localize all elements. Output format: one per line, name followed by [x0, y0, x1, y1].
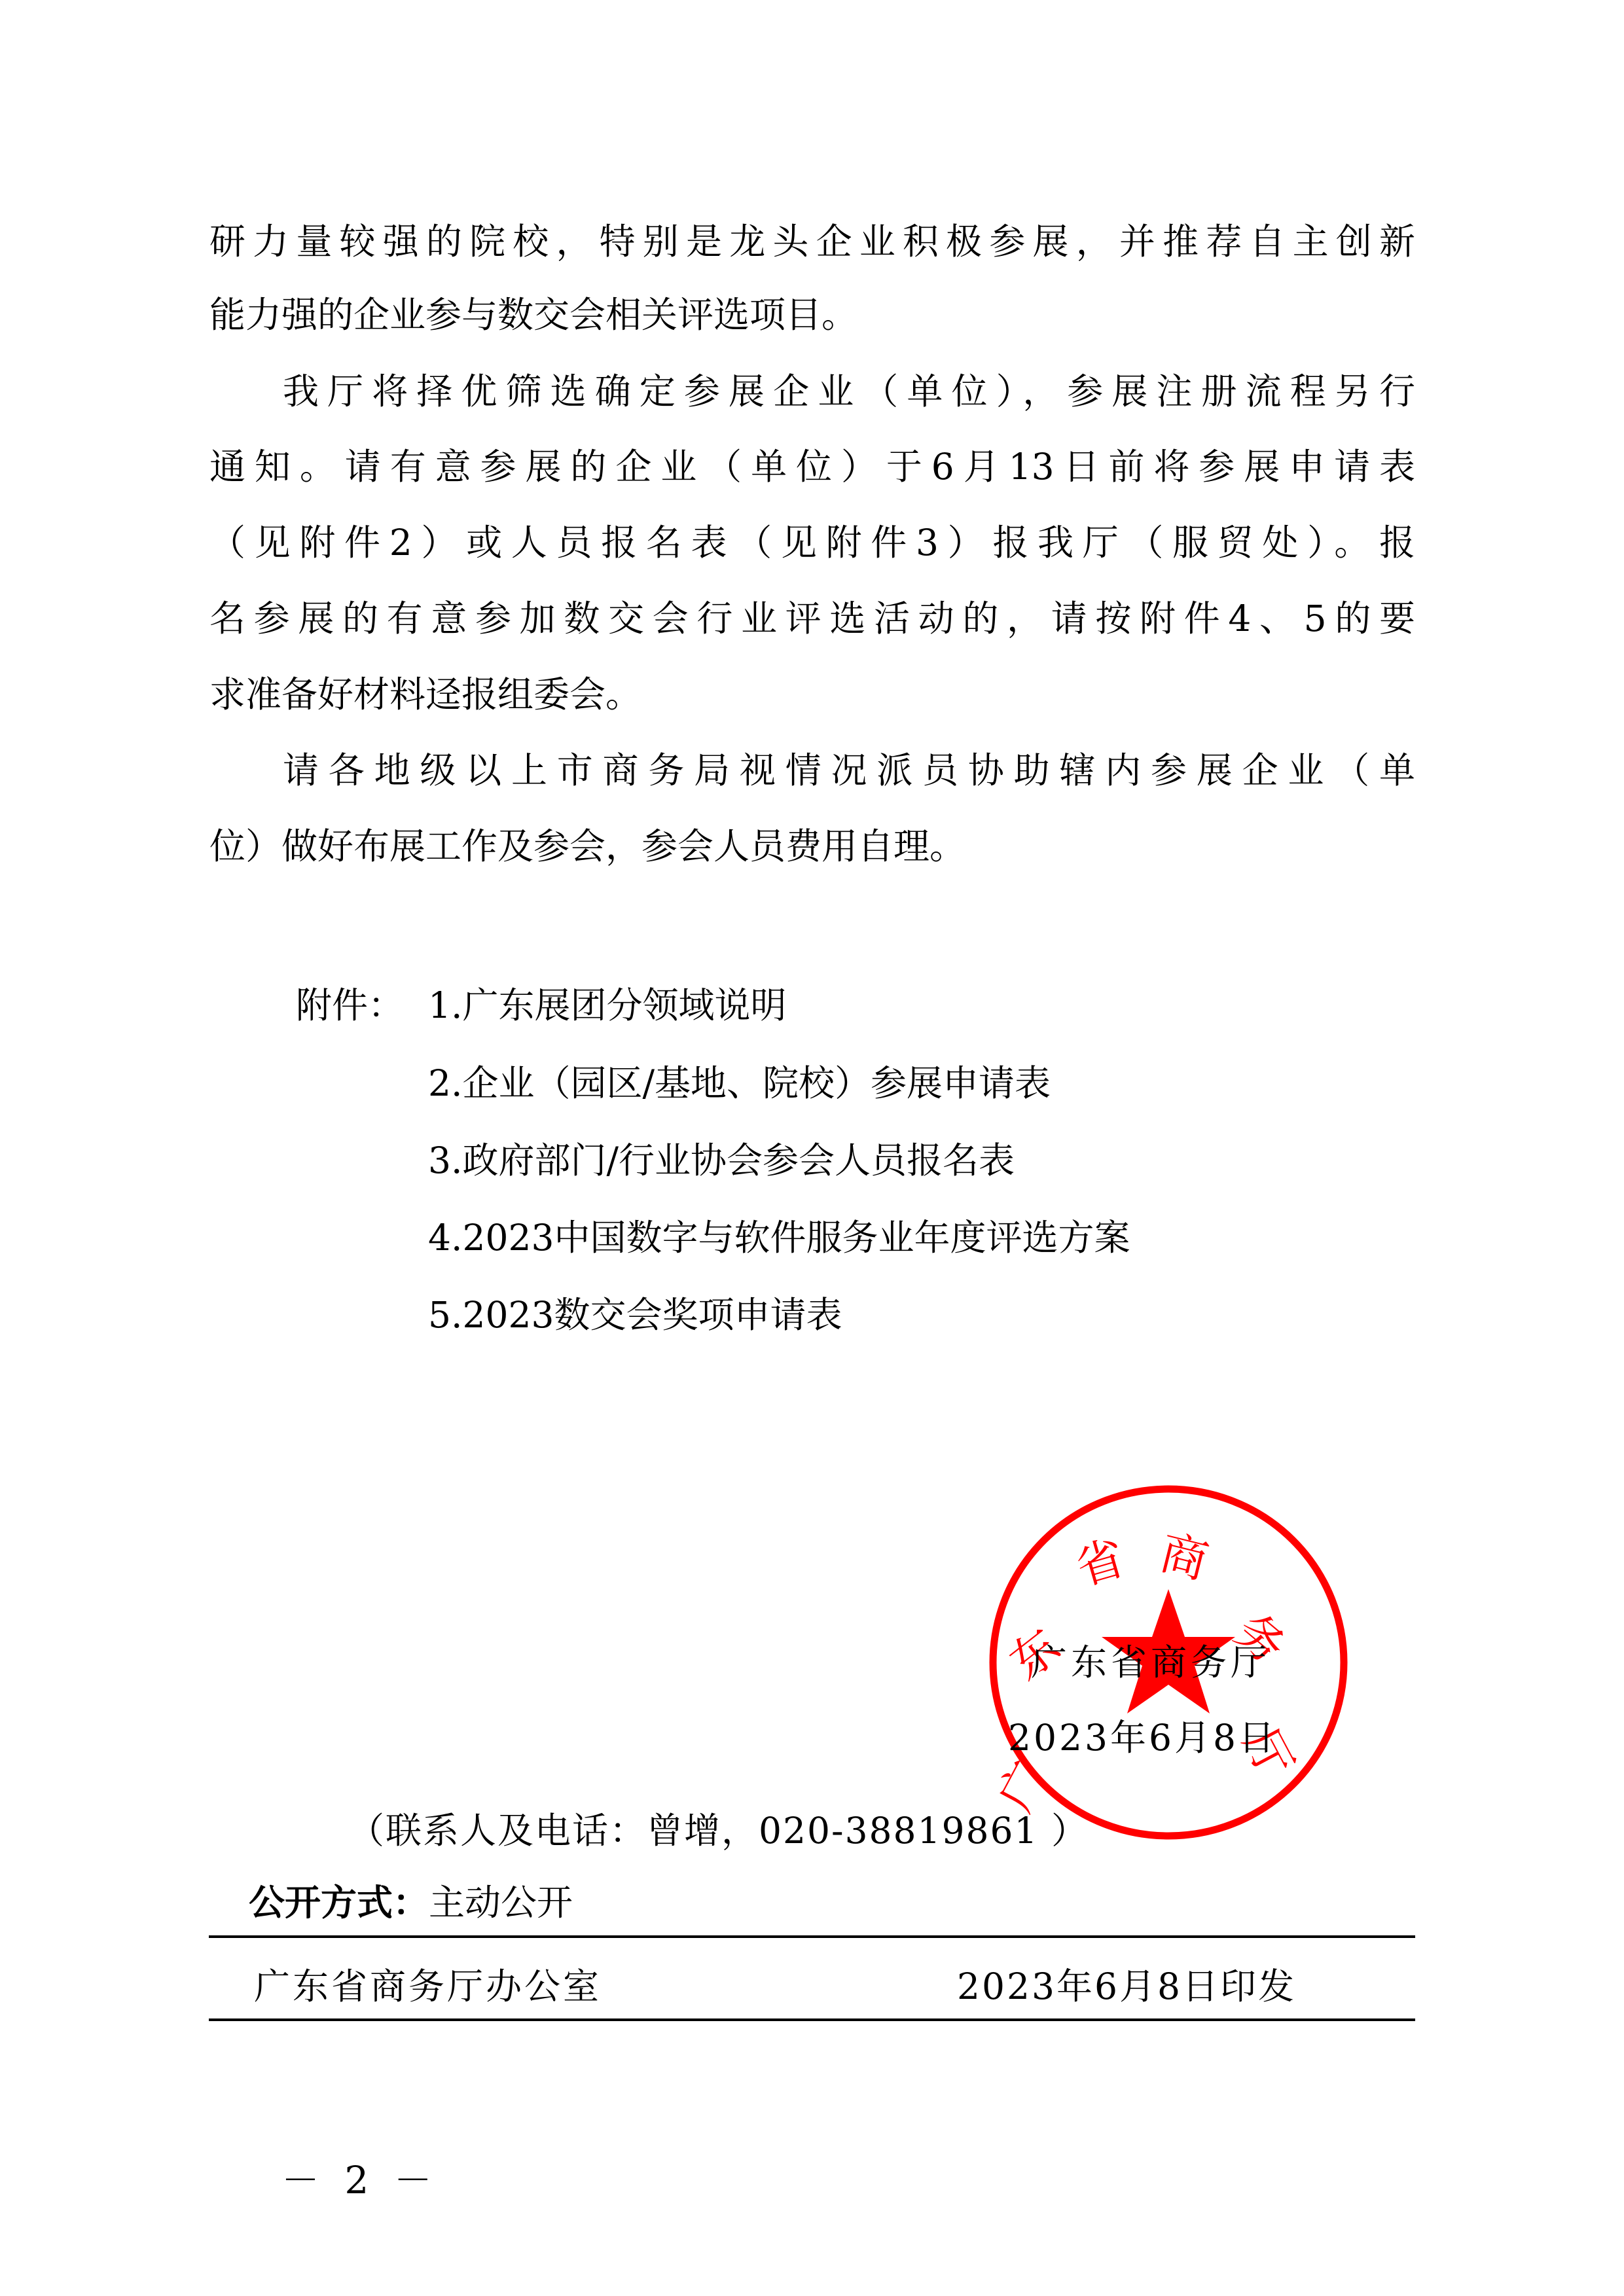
signature-date: 2023年6月8日 — [1008, 1715, 1277, 1761]
body-line-5: （见附件2）或人员报名表（见附件3）报我厅（服贸处）。报 — [209, 520, 1415, 565]
attachment-item-5: 5.2023数交会奖项申请表 — [428, 1292, 842, 1338]
contact-info: （联系人及电话：曾增，020-38819861 ） — [348, 1808, 1089, 1854]
attachment-item-3: 3.政府部门/行业协会参会人员报名表 — [428, 1138, 1015, 1183]
body-line-4: 通知。请有意参展的企业（单位）于6月13日前将参展申请表 — [209, 444, 1415, 490]
disclosure-value: 主动公开 — [429, 1882, 573, 1924]
disclosure-line: 公开方式：主动公开 — [249, 1880, 573, 1926]
attachment-item-1: 1.广东展团分领域说明 — [428, 982, 786, 1028]
attachment-item-2: 2.企业（园区/基地、院校）参展申请表 — [428, 1060, 1051, 1106]
seal-char-3: 省 — [1070, 1530, 1130, 1596]
body-line-8: 请各地级以上市商务局视情况派员协助辖内参展企业（单 — [283, 747, 1415, 793]
disclosure-label: 公开方式： — [249, 1882, 429, 1924]
body-line-7: 求准备好材料迳报组委会。 — [209, 672, 1415, 717]
body-line-2: 能力强的企业参与数交会相关评选项目。 — [209, 292, 1415, 338]
footer-bottom-rule — [209, 2018, 1415, 2021]
attachment-item-4: 4.2023中国数字与软件服务业年度评选方案 — [428, 1215, 1130, 1261]
body-line-1: 研力量较强的院校，特别是龙头企业积极参展，并推荐自主创新 — [209, 219, 1415, 264]
seal-char-4: 商 — [1155, 1525, 1214, 1590]
attachments-label: 附件： — [296, 982, 404, 1028]
body-line-6: 名参展的有意参加数交会行业评选活动的，请按附件4、5的要 — [209, 596, 1415, 641]
page-number: － 2 － — [281, 2157, 439, 2203]
signature-issuer: 广东省商务厅 — [1031, 1640, 1271, 1685]
body-line-9: 位）做好布展工作及参会，参会人员费用自理。 — [209, 823, 1415, 869]
footer-print-date: 2023年6月8日印发 — [957, 1964, 1296, 2009]
footer-office: 广东省商务厅办公室 — [254, 1964, 602, 2009]
footer-top-rule — [209, 1935, 1415, 1938]
body-line-3: 我厅将择优筛选确定参展企业（单位），参展注册流程另行 — [283, 368, 1415, 414]
